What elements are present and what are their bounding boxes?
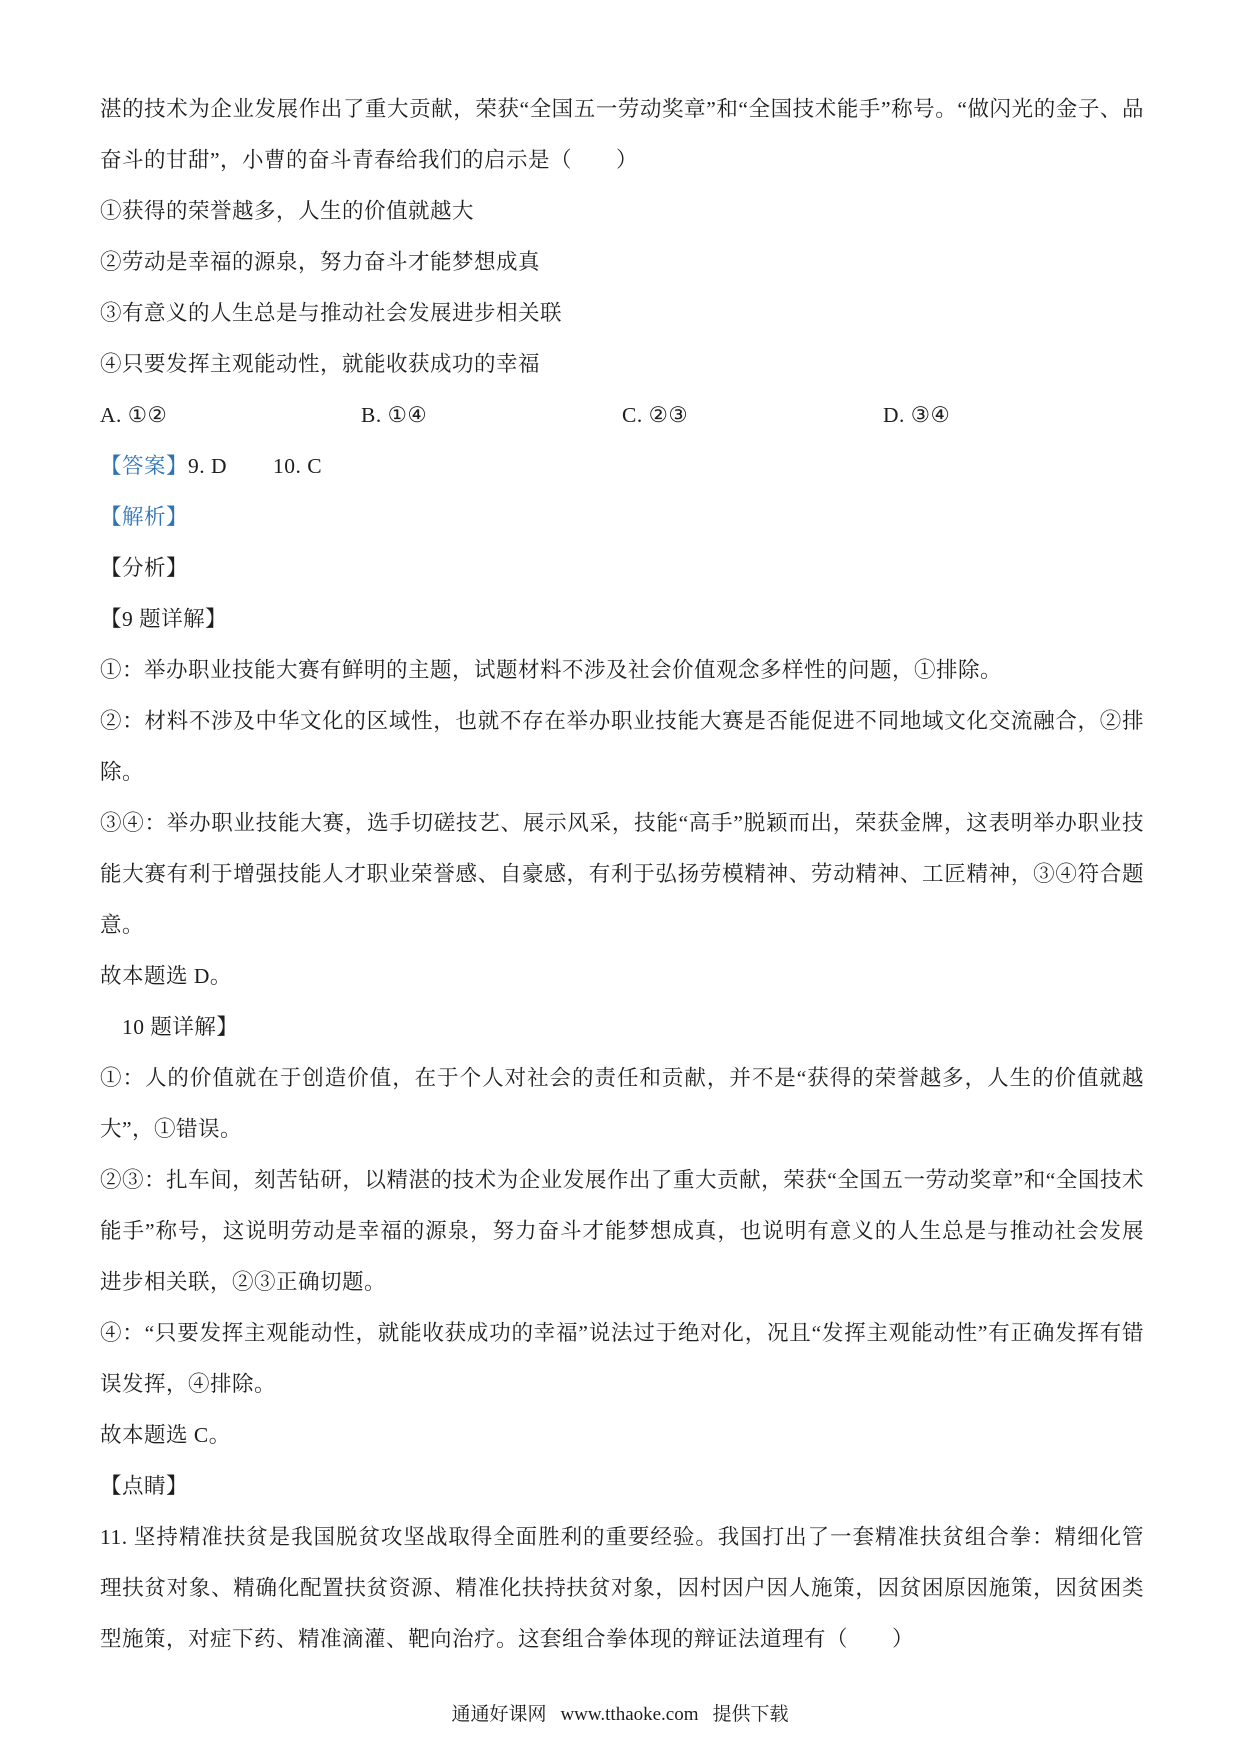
- answer-q10-value: 10. C: [273, 454, 322, 478]
- answer-label: 【答案】: [100, 454, 188, 478]
- jiexi-section-label: 【解析】: [100, 492, 1144, 543]
- footer-url: www.tthaoke.com: [560, 1704, 698, 1725]
- question-10-conclusion: 故本题选 C。: [100, 1410, 1144, 1461]
- footer-site-name: 通通好课网: [451, 1704, 546, 1725]
- question-9-analysis-point-1: ①：举办职业技能大赛有鲜明的主题，试题材料不涉及社会价值观念多样性的问题，①排除…: [100, 645, 1144, 696]
- page-footer: 通通好课网www.tthaoke.com提供下载: [0, 1700, 1240, 1730]
- statement-item-4: ④只要发挥主观能动性，就能收获成功的幸福: [100, 339, 1144, 390]
- question-9-analysis-point-2: ②：材料不涉及中华文化的区域性，也就不存在举办职业技能大赛是否能促进不同地域文化…: [100, 696, 1144, 798]
- question-10-analysis-point-4: ④：“只要发挥主观能动性，就能收获成功的幸福”说法过于绝对化，况且“发挥主观能动…: [100, 1308, 1144, 1410]
- question-10-detail-header: 10 题详解】: [100, 1002, 1144, 1053]
- document-content: 湛的技术为企业发展作出了重大贡献，荣获“全国五一劳动奖章”和“全国技术能手”称号…: [100, 84, 1144, 1665]
- answer-q9-value: 9. D: [188, 454, 227, 478]
- statement-item-1: ①获得的荣誉越多，人生的价值就越大: [100, 186, 1144, 237]
- option-b: B. ①④: [361, 390, 622, 441]
- question-9-analysis-point-3-4: ③④：举办职业技能大赛，选手切磋技艺、展示风采，技能“高手”脱颖而出，荣获金牌，…: [100, 798, 1144, 951]
- footer-download-note: 提供下载: [713, 1704, 789, 1725]
- option-c: C. ②③: [622, 390, 883, 441]
- fenxi-section-label: 【分析】: [100, 543, 1144, 594]
- question-9-10-stem-continued: 湛的技术为企业发展作出了重大贡献，荣获“全国五一劳动奖章”和“全国技术能手”称号…: [100, 84, 1144, 186]
- question-10-analysis-point-2-3: ②③：扎车间，刻苦钻研，以精湛的技术为企业发展作出了重大贡献，荣获“全国五一劳动…: [100, 1155, 1144, 1308]
- answer-line: 【答案】9. D10. C: [100, 441, 1144, 492]
- question-10-analysis-point-1: ①：人的价值就在于创造价值，在于个人对社会的责任和贡献，并不是“获得的荣誉越多，…: [100, 1053, 1144, 1155]
- question-11-stem: 11. 坚持精准扶贫是我国脱贫攻坚战取得全面胜利的重要经验。我国打出了一套精准扶…: [100, 1512, 1144, 1665]
- question-9-conclusion: 故本题选 D。: [100, 951, 1144, 1002]
- answer-options-row: A. ①② B. ①④ C. ②③ D. ③④: [100, 390, 1144, 441]
- statement-item-3: ③有意义的人生总是与推动社会发展进步相关联: [100, 288, 1144, 339]
- option-a: A. ①②: [100, 390, 361, 441]
- statement-item-2: ②劳动是幸福的源泉，努力奋斗才能梦想成真: [100, 237, 1144, 288]
- question-9-detail-header: 【9 题详解】: [100, 594, 1144, 645]
- dianjing-section-label: 【点睛】: [100, 1461, 1144, 1512]
- option-d: D. ③④: [883, 390, 1144, 441]
